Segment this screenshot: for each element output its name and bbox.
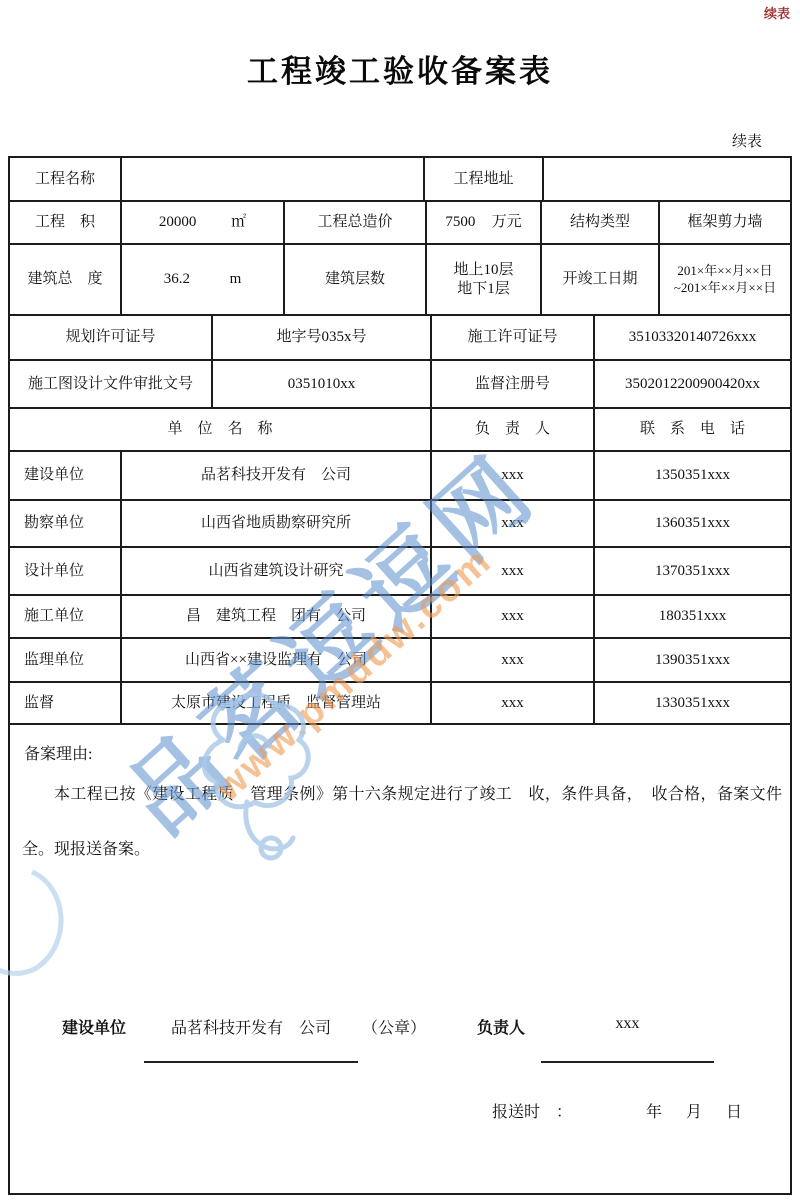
filing-reason-section: 备案理由: 本工程已按《建设工程质 管理条例》第十六条规定进行了竣工 收，条件具…	[10, 725, 790, 1193]
supervision-reg-label: 监督注册号	[432, 361, 595, 407]
cost-unit: 万元	[492, 213, 522, 232]
signature-person-label: 负责人	[477, 1015, 525, 1038]
unit-label: 监督	[10, 683, 122, 723]
dates-label: 开竣工日期	[542, 245, 660, 314]
unit-label: 勘察单位	[10, 501, 122, 546]
planning-permit-value[interactable]: 地字号035x号	[213, 316, 432, 359]
unit-name[interactable]: 山西省地质勘察研究所	[122, 501, 432, 546]
cost-value-cell[interactable]: 7500 万元	[427, 202, 542, 243]
table-row: 施工图设计文件审批文号 0351010xx 监督注册号 350201220090…	[10, 361, 790, 409]
project-address-label: 工程地址	[425, 158, 544, 200]
project-name-label: 工程名称	[10, 158, 122, 200]
unit-name[interactable]: 太原市建设工程质 监督管理站	[122, 683, 432, 723]
unit-name[interactable]: 品茗科技开发有 公司	[122, 452, 432, 499]
unit-person[interactable]: xxx	[432, 452, 595, 499]
unit-name-header: 单 位 名 称	[10, 409, 432, 450]
project-name-char-boxes[interactable]	[122, 158, 425, 200]
unit-phone[interactable]: 1390351xxx	[595, 639, 790, 681]
unit-person[interactable]: xxx	[432, 639, 595, 681]
area-value: 20000	[159, 213, 197, 232]
unit-phone[interactable]: 1360351xxx	[595, 501, 790, 546]
dates-value-cell[interactable]: 201×年××月××日 ~201×年××月××日	[660, 245, 790, 314]
floors-value-cell[interactable]: 地上10层 地下1层	[427, 245, 542, 314]
floors-below: 地下1层	[457, 280, 510, 299]
unit-label: 建设单位	[10, 452, 122, 499]
phone-header: 联 系 电 话	[595, 409, 790, 450]
submit-date-value[interactable]: 年 月 日	[646, 1099, 746, 1122]
construction-permit-label: 施工许可证号	[432, 316, 595, 359]
filing-form-table: 工程名称 工程地址 工程 积 2000	[8, 156, 792, 1195]
page-corner-note: 续表	[764, 3, 790, 22]
unit-label: 设计单位	[10, 548, 122, 594]
signature-person-underline	[541, 1061, 714, 1063]
person-header: 负 责 人	[432, 409, 595, 450]
submit-date-label: 报送时 ：	[492, 1099, 572, 1122]
date-start: 201×年××月××日	[677, 263, 772, 279]
seal-placeholder: （公章）	[362, 1015, 426, 1038]
table-continuation-note: 续表	[732, 130, 762, 151]
area-value-cell[interactable]: 20000 ㎡	[122, 202, 285, 243]
cost-value: 7500	[445, 213, 475, 232]
floors-above: 地上10层	[453, 261, 513, 280]
height-unit: m	[230, 270, 242, 289]
filing-reason-label: 备案理由:	[24, 741, 92, 764]
unit-phone[interactable]: 1370351xxx	[595, 548, 790, 594]
signature-unit-label: 建设单位	[62, 1015, 126, 1038]
unit-name[interactable]: 山西省××建设监理有 公司	[122, 639, 432, 681]
unit-label: 监理单位	[10, 639, 122, 681]
height-value: 36.2	[164, 270, 190, 289]
table-row-construction-unit: 建设单位 品茗科技开发有 公司 xxx 1350351xxx	[10, 452, 790, 501]
table-header-row: 单 位 名 称 负 责 人 联 系 电 话	[10, 409, 790, 452]
unit-person[interactable]: xxx	[432, 596, 595, 637]
table-row-design-unit: 设计单位 山西省建筑设计研究 xxx 1370351xxx	[10, 548, 790, 596]
construction-permit-value[interactable]: 35103320140726xxx	[595, 316, 790, 359]
unit-person[interactable]: xxx	[432, 501, 595, 546]
floors-label: 建筑层数	[285, 245, 427, 314]
table-row-oversight-station: 监督 太原市建设工程质 监督管理站 xxx 1330351xxx	[10, 683, 790, 725]
unit-phone[interactable]: 180351xxx	[595, 596, 790, 637]
table-row-supervision-unit: 监理单位 山西省××建设监理有 公司 xxx 1390351xxx	[10, 639, 790, 683]
height-label: 建筑总 度	[10, 245, 122, 314]
planning-permit-label: 规划许可证号	[10, 316, 213, 359]
table-row-survey-unit: 勘察单位 山西省地质勘察研究所 xxx 1360351xxx	[10, 501, 790, 548]
area-unit: ㎡	[231, 213, 246, 232]
table-row-builder-unit: 施工单位 昌 建筑工程 团有 公司 xxx 180351xxx	[10, 596, 790, 639]
document-page: 续表 工程竣工验收备案表 续表 工程名称 工程地址	[0, 0, 800, 1201]
table-row: 建筑总 度 36.2 m 建筑层数 地上10层 地下1层 开竣工日期 201×年…	[10, 245, 790, 316]
design-review-value[interactable]: 0351010xx	[213, 361, 432, 407]
unit-name[interactable]: 昌 建筑工程 团有 公司	[122, 596, 432, 637]
height-value-cell[interactable]: 36.2 m	[122, 245, 285, 314]
signature-person-value[interactable]: xxx	[541, 1015, 714, 1033]
table-row: 规划许可证号 地字号035x号 施工许可证号 35103320140726xxx	[10, 316, 790, 361]
date-end: ~201×年××月××日	[674, 280, 776, 296]
unit-phone[interactable]: 1350351xxx	[595, 452, 790, 499]
structure-label: 结构类型	[542, 202, 660, 243]
table-row: 工程名称 工程地址	[10, 158, 790, 202]
cost-label: 工程总造价	[285, 202, 427, 243]
project-address-value[interactable]	[544, 158, 790, 200]
unit-person[interactable]: xxx	[432, 683, 595, 723]
unit-name[interactable]: 山西省建筑设计研究	[122, 548, 432, 594]
unit-person[interactable]: xxx	[432, 548, 595, 594]
table-row: 工程 积 20000 ㎡ 工程总造价 7500 万元 结构类型 框架剪力墙	[10, 202, 790, 245]
unit-label: 施工单位	[10, 596, 122, 637]
design-review-label: 施工图设计文件审批文号	[10, 361, 213, 407]
page-title: 工程竣工验收备案表	[0, 46, 800, 91]
structure-value[interactable]: 框架剪力墙	[660, 202, 790, 243]
supervision-reg-value[interactable]: 3502012200900420xx	[595, 361, 790, 407]
signature-unit-underline	[144, 1061, 358, 1063]
area-label: 工程 积	[10, 202, 122, 243]
unit-phone[interactable]: 1330351xxx	[595, 683, 790, 723]
signature-unit-value[interactable]: 品茗科技开发有 公司	[144, 1015, 358, 1038]
filing-reason-text: 本工程已按《建设工程质 管理条例》第十六条规定进行了竣工 收，条件具备， 收合格…	[10, 767, 794, 877]
